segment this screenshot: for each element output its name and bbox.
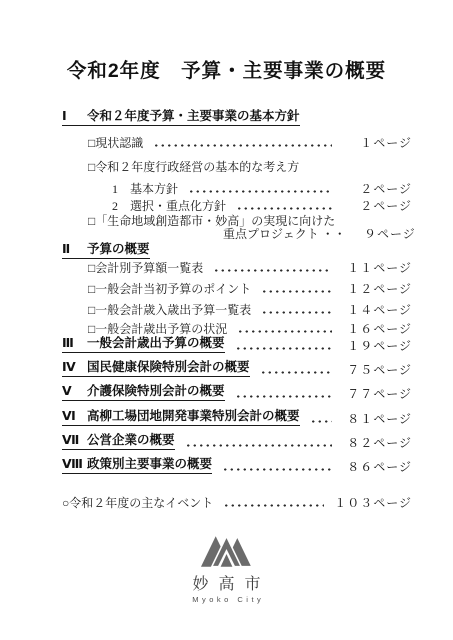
- dot-leader: [261, 290, 332, 293]
- section-heading: Ⅴ介護保険特別会計の概要: [62, 385, 225, 401]
- myoko-city-logo: 妙高市 Myoko City: [0, 534, 453, 604]
- page-number: ２ページ: [342, 183, 420, 196]
- page-number: １４ページ: [342, 304, 420, 317]
- page-title: 令和2年度 予算・主要事業の概要: [0, 55, 453, 83]
- logo-city-name-ja: 妙高市: [0, 571, 453, 594]
- toc-row: Ⅷ政策別主要事業の概要８６ページ: [62, 458, 420, 474]
- dot-leader: [222, 468, 332, 471]
- toc-row: □令和２年度行政経営の基本的な考え方: [62, 161, 420, 174]
- page-number: ２ページ: [342, 200, 420, 213]
- section-numeral: Ⅱ: [62, 243, 87, 256]
- section-heading: Ⅲ一般会計歳出予算の概要: [62, 337, 225, 353]
- section-heading: Ⅷ政策別主要事業の概要: [62, 458, 212, 474]
- dot-leader: [223, 504, 324, 507]
- toc-row-label: 高柳工場団地開発事業特別会計の概要: [87, 410, 300, 423]
- toc-row: Ⅲ一般会計歳出予算の概要１９ページ: [62, 337, 420, 353]
- toc-row: Ⅴ介護保険特別会計の概要７７ページ: [62, 385, 420, 401]
- section-heading: Ⅳ国民健康保険特別会計の概要: [62, 361, 250, 377]
- page-number: １９ページ: [342, 340, 420, 353]
- table-of-contents: Ⅰ令和２年度予算・主要事業の基本方針□現状認識１ページ□令和２年度行政経営の基本…: [62, 110, 420, 510]
- toc-row-label: 公営企業の概要: [87, 434, 175, 447]
- toc-row-label: 国民健康保険特別会計の概要: [87, 361, 250, 374]
- toc-row-label: □一般会計歳入歳出予算一覧表: [88, 304, 251, 317]
- section-numeral: Ⅳ: [62, 361, 87, 374]
- section-numeral: Ⅴ: [62, 385, 87, 398]
- toc-row: □会計別予算額一覧表１１ページ: [62, 262, 420, 275]
- toc-row-label: ○令和２年度の主なイベント: [62, 497, 213, 510]
- section-heading: Ⅶ公営企業の概要: [62, 434, 175, 450]
- toc-row: □一般会計歳入歳出予算一覧表１４ページ: [62, 304, 420, 317]
- dot-leader: [236, 207, 332, 210]
- section-numeral: Ⅵ: [62, 410, 87, 423]
- dot-leader: [213, 269, 332, 272]
- mountain-icon: [199, 534, 254, 567]
- dot-leader: [235, 395, 332, 398]
- toc-row: 重点プロジェクト ・・９ページ: [62, 228, 420, 241]
- toc-row-label: □令和２年度行政経営の基本的な考え方: [88, 161, 299, 174]
- page-number: １０３ページ: [334, 497, 420, 510]
- toc-row-label: 介護保険特別会計の概要: [87, 385, 225, 398]
- toc-row: Ⅳ国民健康保険特別会計の概要７５ページ: [62, 361, 420, 377]
- toc-row-label: □現状認識: [88, 137, 143, 150]
- toc-row: □現状認識１ページ: [62, 137, 420, 150]
- toc-row-label: □一般会計当初予算のポイント: [88, 283, 251, 296]
- toc-row-label: 2 選択・重点化方針: [112, 200, 226, 213]
- section-numeral: Ⅶ: [62, 434, 87, 447]
- dot-leader: [310, 420, 332, 423]
- section-heading: Ⅰ令和２年度予算・主要事業の基本方針: [62, 110, 300, 126]
- toc-row: ○令和２年度の主なイベント１０３ページ: [62, 497, 420, 510]
- dot-leader: [261, 311, 332, 314]
- page-number: ７５ページ: [342, 364, 420, 377]
- section-heading: Ⅵ高柳工場団地開発事業特別会計の概要: [62, 410, 300, 426]
- page-number: １ページ: [342, 137, 420, 150]
- dot-leader: [260, 371, 332, 374]
- toc-row-label: □一般会計歳出予算の状況: [88, 323, 227, 336]
- page-number: ８１ページ: [342, 413, 420, 426]
- toc-row-label: 令和２年度予算・主要事業の基本方針: [87, 110, 300, 123]
- section-heading: Ⅱ予算の概要: [62, 243, 150, 259]
- toc-row-label: 政策別主要事業の概要: [87, 458, 212, 471]
- toc-row-label: 重点プロジェクト ・・: [223, 228, 346, 241]
- toc-row-label: 予算の概要: [87, 243, 150, 256]
- dot-leader: [153, 144, 332, 147]
- page-number: ７７ページ: [342, 388, 420, 401]
- section-numeral: Ⅲ: [62, 337, 87, 350]
- section-numeral: Ⅰ: [62, 110, 87, 123]
- document-page: 令和2年度 予算・主要事業の概要 Ⅰ令和２年度予算・主要事業の基本方針□現状認識…: [0, 0, 453, 640]
- toc-row-label: 一般会計歳出予算の概要: [87, 337, 225, 350]
- dot-leader: [185, 444, 332, 447]
- logo-city-name-en: Myoko City: [0, 595, 453, 604]
- page-number: １１ページ: [342, 262, 420, 275]
- page-number: １２ページ: [342, 283, 420, 296]
- toc-row: □一般会計当初予算のポイント１２ページ: [62, 283, 420, 296]
- dot-leader: [237, 330, 332, 333]
- toc-row: Ⅶ公営企業の概要８２ページ: [62, 434, 420, 450]
- dot-leader: [235, 347, 332, 350]
- toc-row: 1 基本方針２ページ: [62, 183, 420, 196]
- toc-row: 2 選択・重点化方針２ページ: [62, 200, 420, 213]
- toc-row: Ⅰ令和２年度予算・主要事業の基本方針: [62, 110, 420, 126]
- page-number: １６ページ: [342, 323, 420, 336]
- section-numeral: Ⅷ: [62, 458, 87, 471]
- page-number: ８２ページ: [342, 437, 420, 450]
- dot-leader: [188, 190, 332, 193]
- toc-row-label: 1 基本方針: [112, 183, 178, 196]
- toc-row: □一般会計歳出予算の状況１６ページ: [62, 323, 420, 336]
- toc-row-label: □会計別予算額一覧表: [88, 262, 203, 275]
- toc-row: Ⅵ高柳工場団地開発事業特別会計の概要８１ページ: [62, 410, 420, 426]
- page-number: ９ページ: [346, 228, 424, 241]
- page-number: ８６ページ: [342, 461, 420, 474]
- toc-row: Ⅱ予算の概要: [62, 243, 420, 259]
